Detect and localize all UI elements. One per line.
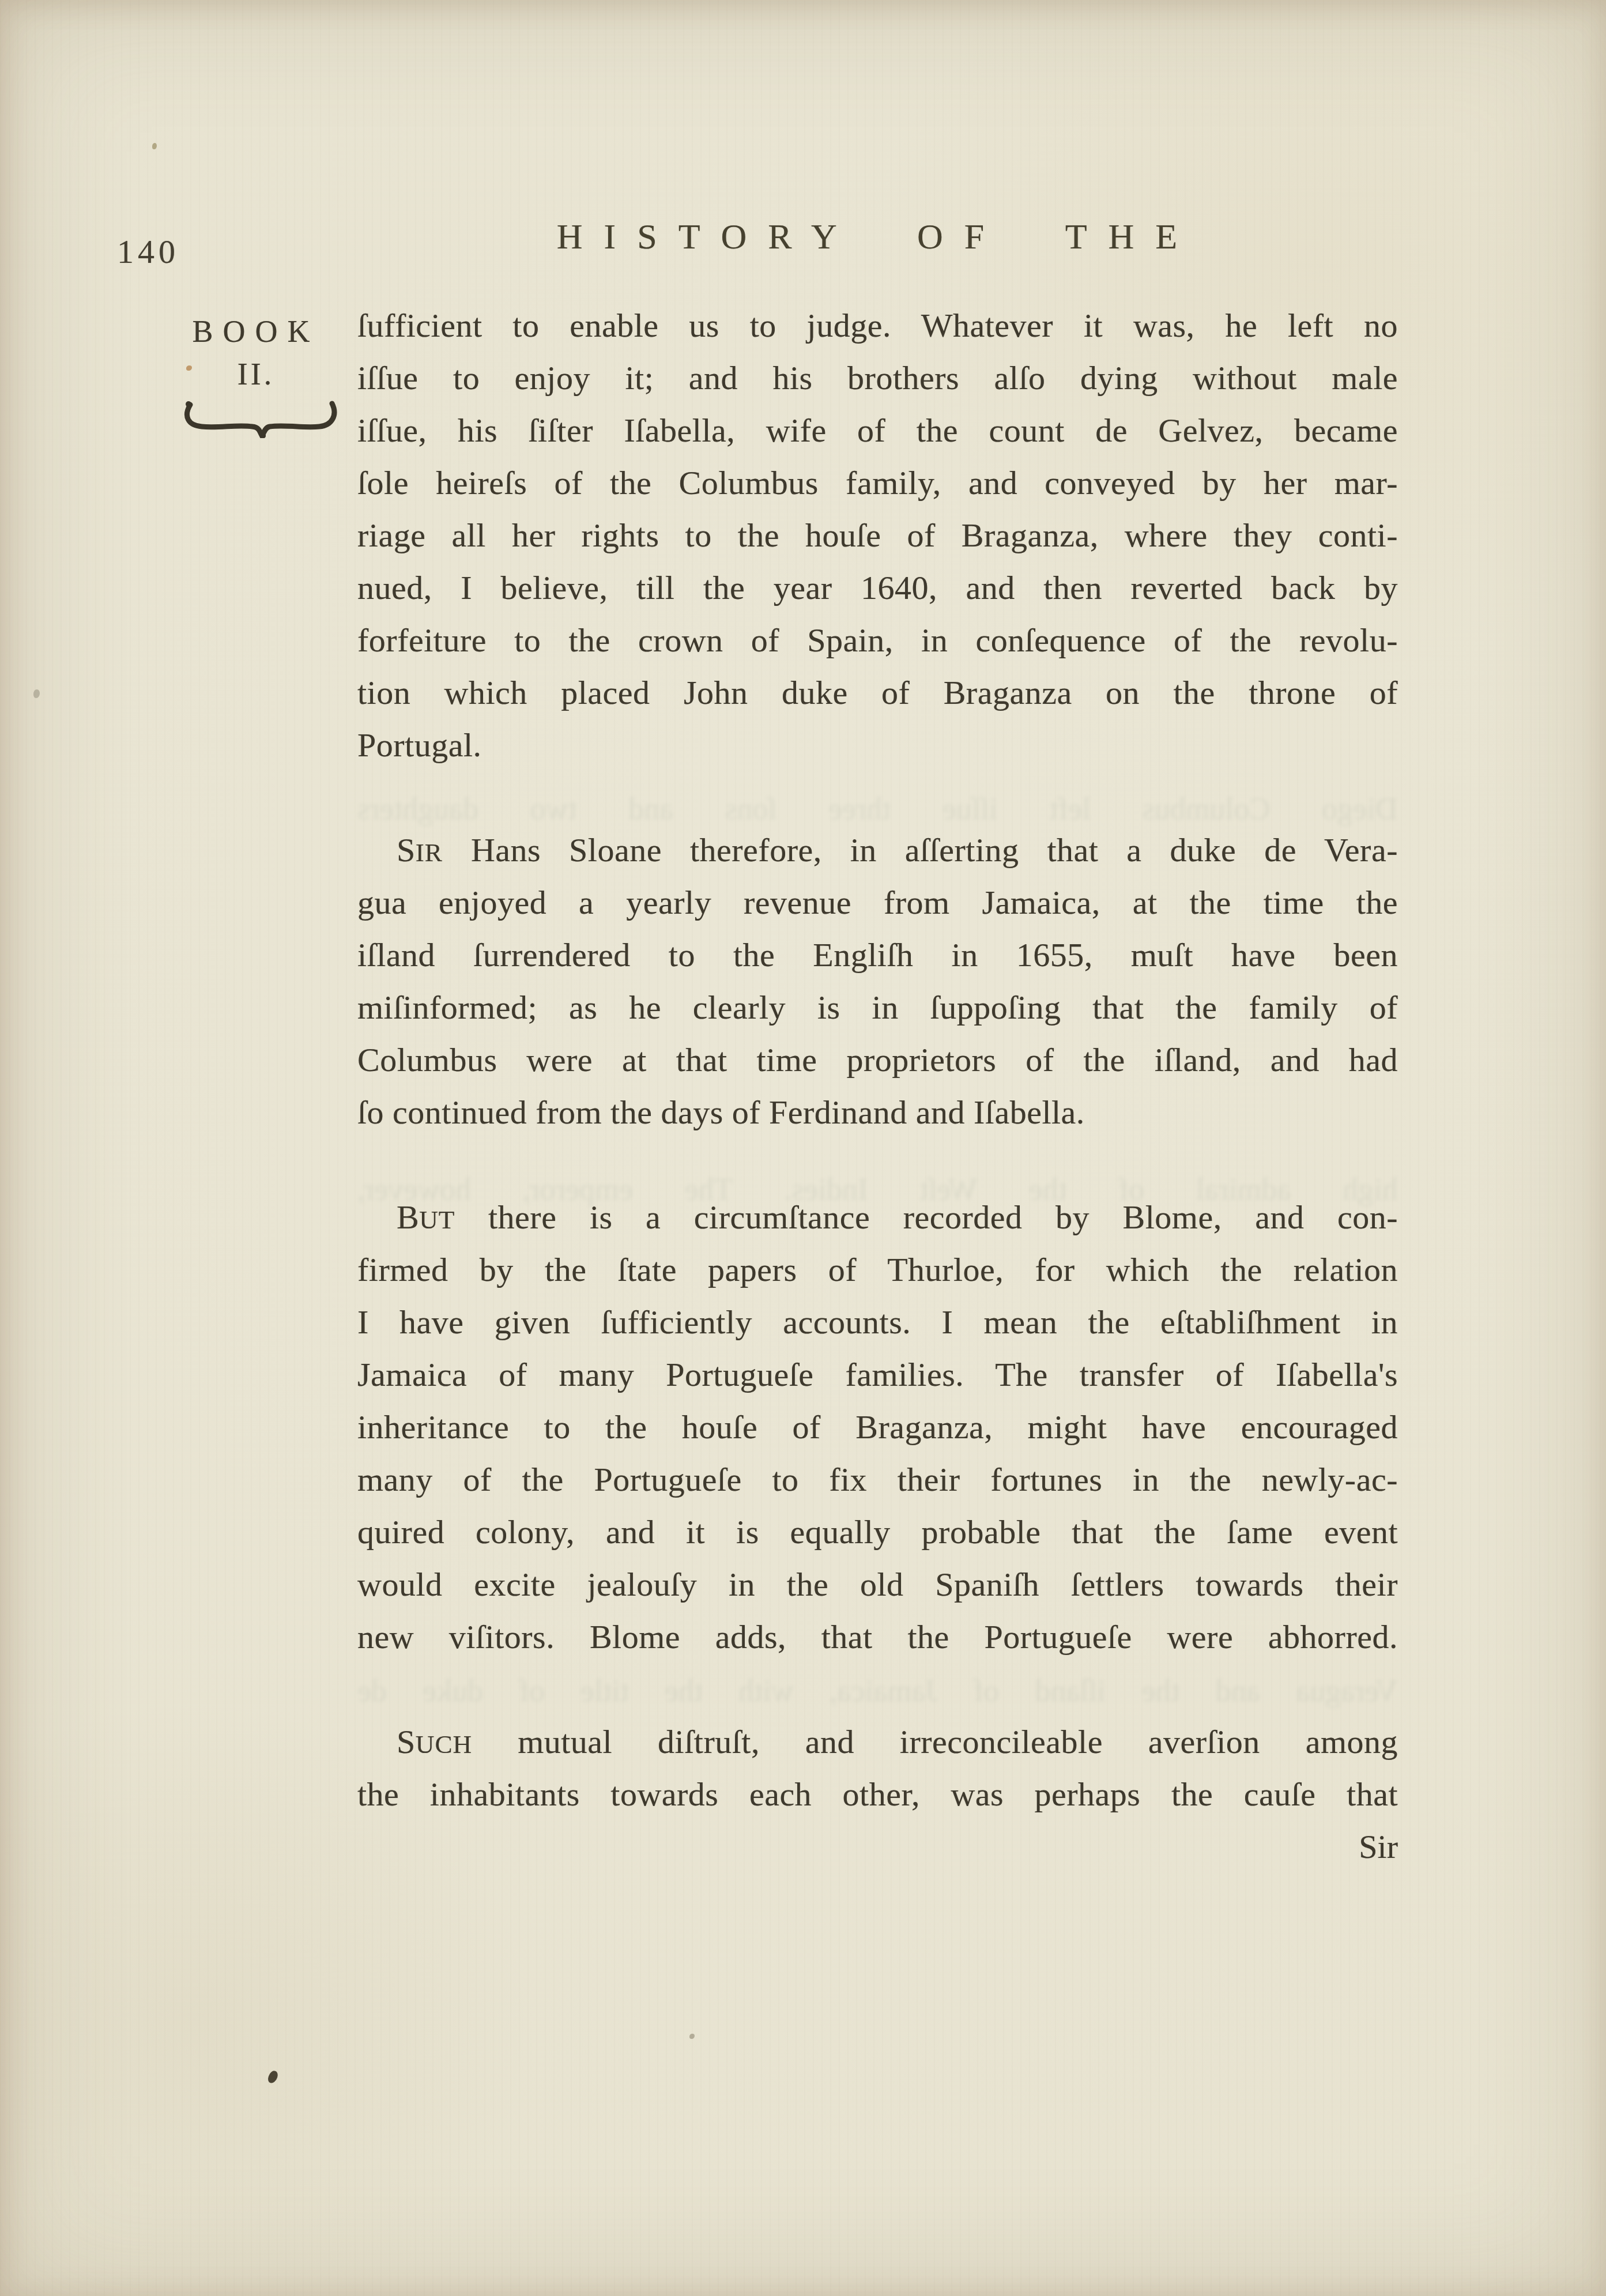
text-line: would excite jealouſy in the old Spaniſh… [357,1558,1398,1611]
text-line: SUCH mutual diſtruſt, and irreconcileabl… [357,1716,1398,1768]
text-line: ſo continued from the days of Ferdinand … [357,1086,1398,1138]
margin-note-book-label: BOOK [183,315,329,348]
text-line: iſland ſurrendered to the Engliſh in 165… [357,929,1398,981]
page-number: 140 [117,232,179,271]
running-header: HISTORY OF THE [357,217,1398,258]
text-line: ſole heireſs of the Columbus family, and… [357,457,1398,509]
text-line: iſſue to enjoy it; and his brothers alſo… [357,352,1398,404]
paragraph: SIR Hans Sloane therefore, in aſſerting … [357,824,1398,1138]
brace-flourish-icon [182,400,341,438]
text-line: gua enjoyed a yearly revenue from Jamaic… [357,876,1398,929]
ink-speck [33,689,40,698]
text-line: SIR Hans Sloane therefore, in aſſerting … [357,824,1398,876]
margin-note: BOOK II. [183,315,329,390]
text-line: Portugal. [357,719,1398,771]
small-caps-lead: UT [419,1205,455,1234]
text-line: many of the Portugueſe to fix their fort… [357,1453,1398,1506]
text-line: forfeiture to the crown of Spain, in con… [357,614,1398,666]
text-line: nued, I believe, till the year 1640, and… [357,561,1398,614]
text-block: ſufficient to enable us to judge. Whatev… [357,299,1398,1820]
text-line: ſufficient to enable us to judge. Whatev… [357,299,1398,352]
text-line: firmed by the ſtate papers of Thurloe, f… [357,1243,1398,1296]
text-line: new viſitors. Blome adds, that the Portu… [357,1611,1398,1663]
catchword: Sir [357,1820,1398,1873]
paragraph: ſufficient to enable us to judge. Whatev… [357,299,1398,771]
small-caps-lead: UCH [416,1730,473,1759]
text-line: the inhabitants towards each other, was … [357,1768,1398,1820]
text-line: iſſue, his ſiſter Iſabella, wife of the … [357,404,1398,457]
text-line: I have given ſufficiently accounts. I me… [357,1296,1398,1348]
ink-speck [152,143,157,149]
text-line: Columbus were at that time proprietors o… [357,1034,1398,1086]
small-caps-lead: IR [416,838,443,867]
text-line: tion which placed John duke of Braganza … [357,666,1398,719]
text-line: BUT there is a circumſtance recorded by … [357,1191,1398,1243]
text-line: miſinformed; as he clearly is in ſuppoſi… [357,981,1398,1034]
ink-speck [267,2069,279,2084]
ink-speck [689,2034,695,2039]
scanned-book-page: Diego Columbus left iſſue three ſons and… [0,0,1606,2296]
text-line: riage all her rights to the houſe of Bra… [357,509,1398,561]
margin-note-book-numeral: II. [183,358,329,390]
paragraph: SUCH mutual diſtruſt, and irreconcileabl… [357,1716,1398,1820]
paragraph: BUT there is a circumſtance recorded by … [357,1191,1398,1663]
text-line: inheritance to the houſe of Braganza, mi… [357,1401,1398,1453]
text-line: Jamaica of many Portugueſe families. The… [357,1348,1398,1401]
text-line: quired colony, and it is equally probabl… [357,1506,1398,1558]
